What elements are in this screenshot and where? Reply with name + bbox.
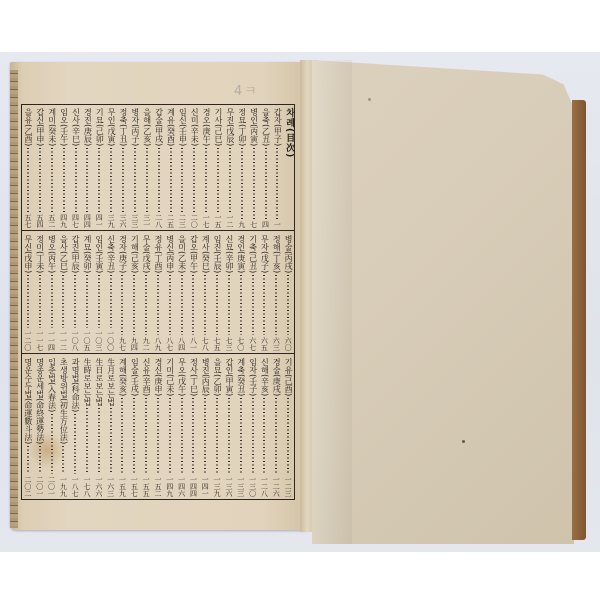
- toc-dot-leader: [75, 148, 77, 212]
- toc-entry: 갑인(甲寅)一三六: [223, 355, 235, 499]
- toc-dot-leader: [86, 148, 88, 212]
- toc-entry-page: 九二: [142, 337, 150, 353]
- toc-entry: 을유(乙酉)五七: [22, 105, 34, 230]
- toc-entry: 임오(壬午)四九: [58, 105, 70, 230]
- toc-dot-leader: [62, 275, 64, 328]
- toc-entry-page: 二三: [178, 214, 186, 230]
- toc-entry: 경신(庚申)一五二: [152, 355, 164, 499]
- toc-entry: 임술(壬戌)一五七: [128, 355, 140, 499]
- toc-entry-page: 九四: [130, 337, 138, 353]
- toc-dot-leader: [252, 275, 254, 335]
- toc-entry-page: 八九: [154, 337, 162, 353]
- toc-entry-label: 을축(乙丑): [261, 108, 271, 146]
- toc-entry-page: 一七: [202, 214, 210, 230]
- toc-entry-label: 초생방위법(初生方位法): [58, 358, 68, 444]
- toc-entry-label: 生日로보는법: [94, 358, 104, 406]
- toc-entry: 기묘(己卯)四一: [93, 105, 105, 230]
- toc-dot-leader: [98, 275, 100, 328]
- toc-entry: 정해(丁亥)六三: [270, 232, 282, 353]
- toc-section-3: 기유(己酉)一二三경술(庚戌)一二六신해(辛亥)一二八임자(壬子)一三〇계축(癸…: [22, 355, 294, 499]
- toc-entry-page: 一七八: [83, 476, 91, 499]
- toc-entry: 명운수두법(命運數斗法)二〇二: [22, 355, 34, 499]
- toc-entry-page: 五七: [24, 214, 32, 230]
- toc-entry: 신축(辛丑)一〇〇: [105, 232, 117, 353]
- toc-entry-page: 四一: [95, 214, 103, 230]
- toc-entry-label: 生時로보는법: [82, 358, 92, 406]
- toc-dot-leader: [169, 398, 171, 474]
- toc-dot-leader: [240, 398, 242, 474]
- toc-entry-page: 三九: [107, 214, 115, 230]
- toc-entry-page: 一六三: [107, 476, 115, 499]
- toc-entry-page: 六〇: [284, 337, 292, 353]
- toc-entry-page: 七〇: [237, 337, 245, 353]
- toc-dot-leader: [192, 398, 194, 474]
- toc-entry-label: 신사(辛巳): [71, 108, 81, 146]
- toc-dot-leader: [39, 148, 41, 212]
- toc-entry-page: 二五: [167, 214, 175, 230]
- toc-entry: 경술(庚戌)一二六: [270, 355, 282, 499]
- toc-dot-leader: [181, 398, 183, 474]
- toc-entry-label: 무술(戊戌): [141, 235, 151, 273]
- toc-dot-leader: [27, 275, 29, 328]
- toc-entry: 정유(丁酉)八九: [152, 232, 164, 353]
- toc-dot-leader: [228, 398, 230, 474]
- toc-entry: 경오(庚午)一七: [200, 105, 212, 230]
- toc-entry-label: 정미(丁未): [35, 235, 45, 273]
- toc-title-column: 차례(目次): [283, 105, 294, 230]
- toc-entry-page: 一五: [214, 214, 222, 230]
- toc-entry-label: 갑신(甲申): [35, 108, 45, 146]
- toc-dot-leader: [121, 275, 123, 335]
- paper-spot: [462, 440, 465, 443]
- toc-entry-page: 一五二: [154, 476, 162, 499]
- toc-entry-label: 병술(丙戌): [283, 235, 293, 273]
- toc-entry-label: 신유(辛酉): [141, 358, 151, 396]
- toc-entry: 계사(癸巳)七八: [199, 232, 211, 353]
- toc-entry-page: 七八: [201, 337, 209, 353]
- toc-entry: 신해(辛亥)一二八: [259, 355, 271, 499]
- toc-entry-label: 계축(癸丑): [236, 358, 246, 396]
- toc-entry-label: 갑술(甲戌): [154, 108, 164, 146]
- book-cover-edge: [572, 100, 586, 540]
- toc-dot-leader: [170, 148, 172, 212]
- toc-dot-leader: [133, 275, 135, 335]
- toc-entry-page: 一一二: [59, 330, 67, 353]
- toc-entry-page: 二〇二: [24, 476, 32, 499]
- toc-entry-label: 병인(丙寅): [249, 108, 259, 146]
- toc-entry-page: 八一: [189, 337, 197, 353]
- toc-dot-leader: [86, 275, 88, 328]
- toc-dot-leader: [275, 275, 277, 335]
- toc-dot-leader: [216, 398, 218, 474]
- toc-entry: 신사(辛巳)四七: [70, 105, 82, 230]
- toc-entry-page: 二八: [155, 214, 163, 230]
- toc-entry-label: 임자(壬子): [248, 358, 258, 396]
- toc-entry-page: 一二: [226, 214, 234, 230]
- toc-entry-label: 정축(丁丑): [118, 108, 128, 146]
- toc-entry-label: 입춘법(入春法): [47, 358, 57, 412]
- toc-entry: 갑술(甲戌)二八: [153, 105, 165, 230]
- toc-entry-page: 三一: [143, 214, 151, 230]
- toc-dot-leader: [27, 148, 29, 212]
- toc-section-1: 차례(目次) 갑자(甲子)一을축(乙丑)四병인(丙寅)七정묘(丁卯)九무진(戊辰…: [22, 105, 294, 231]
- toc-entry-page: 一一四: [48, 330, 56, 353]
- toc-entry: 무자(戊子)六五: [259, 232, 271, 353]
- toc-entry-label: 신해(辛亥): [259, 358, 269, 396]
- toc-entry: 무술(戊戌)九二: [140, 232, 152, 353]
- toc-entry: 갑진(甲辰)一〇八: [69, 232, 81, 353]
- toc-entry: 生日로보는법一六六: [93, 355, 105, 499]
- toc-dot-leader: [158, 148, 160, 212]
- toc-dot-leader: [134, 148, 136, 212]
- toc-dot-leader: [98, 148, 100, 212]
- toc-dot-leader: [181, 275, 183, 335]
- toc-entry-page: 一四六: [178, 476, 186, 499]
- toc-entry: 기축(己丑)六七: [247, 232, 259, 353]
- toc-dot-leader: [228, 275, 230, 335]
- toc-dot-leader: [169, 275, 171, 335]
- toc-entry-page: 一九九: [59, 476, 67, 499]
- toc-dot-leader: [181, 148, 183, 212]
- toc-entry: 병진(丙辰)一四一: [199, 355, 211, 499]
- toc-dot-leader: [192, 275, 194, 335]
- toc-entry: 병술(丙戌)六〇: [282, 232, 294, 353]
- toc-entry-label: 신묘(辛卯): [224, 235, 234, 273]
- open-book: 4ㅋ 차례(目次) 갑자(甲子)一을축(乙丑)四병인(丙寅)七정묘(丁卯)九무진…: [0, 0, 600, 600]
- toc-entry: 경인(庚寅)七〇: [235, 232, 247, 353]
- toc-entry: 병자(丙子)三三: [129, 105, 141, 230]
- toc-entry-page: 一四一: [201, 476, 209, 499]
- toc-entry: 무신(戊申)一二〇: [22, 232, 34, 353]
- toc-entry: 임신(壬申)二三: [176, 105, 188, 230]
- toc-dot-leader: [63, 148, 65, 212]
- toc-entry-label: 을해(乙亥): [142, 108, 152, 146]
- toc-entry-label: 을유(乙酉): [23, 108, 33, 146]
- toc-entry-page: 八四: [178, 337, 186, 353]
- toc-entry-page: 五二: [48, 214, 56, 230]
- toc-entry-label: 임인(壬寅): [94, 235, 104, 273]
- toc-dot-leader: [62, 446, 64, 474]
- toc-entry: 신유(辛酉)一五五: [140, 355, 152, 499]
- toc-entry-label: 명종운세법(命終運勢法): [35, 358, 45, 444]
- toc-entry-page: 七五: [213, 337, 221, 353]
- pencil-mark: 4ㅋ: [234, 80, 259, 99]
- toc-entry-page: 一一七: [36, 330, 44, 353]
- toc-dot-leader: [122, 148, 124, 212]
- toc-entry-label: 경오(庚午): [201, 108, 211, 146]
- toc-dot-leader: [121, 398, 123, 474]
- toc-entry-label: 임진(壬辰): [212, 235, 222, 273]
- toc-entry: 갑오(甲午)八一: [188, 232, 200, 353]
- toc-entry: 경진(庚辰)四四: [81, 105, 93, 230]
- toc-entry-label: 경자(庚子): [117, 235, 127, 273]
- toc-entry-page: 四九: [60, 214, 68, 230]
- toc-entry: 을사(乙巳)一一二: [57, 232, 69, 353]
- toc-dot-leader: [204, 398, 206, 474]
- toc-entry-label: 무진(戊辰): [225, 108, 235, 146]
- toc-dot-leader: [253, 148, 255, 219]
- toc-dot-leader: [275, 398, 277, 474]
- toc-dot-leader: [157, 275, 159, 335]
- toc-entry-page: 一三九: [213, 476, 221, 499]
- toc-entry: 기미(己未)一四九: [164, 355, 176, 499]
- toc-dot-leader: [110, 148, 112, 212]
- toc-entry-label: 生月로보는법: [106, 358, 116, 406]
- toc-entry-page: 六五: [260, 337, 268, 353]
- toc-entry: 生時로보는법一七八: [81, 355, 93, 499]
- toc-entry-page: 一二六: [272, 476, 280, 499]
- toc-dot-leader: [110, 275, 112, 328]
- toc-entry-label: 기묘(己卯): [94, 108, 104, 146]
- toc-entry-label: 계유(癸酉): [166, 108, 176, 146]
- toc-section-2: 병술(丙戌)六〇정해(丁亥)六三무자(戊子)六五기축(己丑)六七경인(庚寅)七〇…: [22, 232, 294, 354]
- toc-dot-leader: [39, 275, 41, 328]
- toc-entry: 을미(乙未)八四: [176, 232, 188, 353]
- toc-dot-leader: [86, 408, 88, 474]
- toc-dot-leader: [133, 398, 135, 474]
- toc-entry: 경자(庚子)九七: [117, 232, 129, 353]
- toc-entry-page: 一六六: [95, 476, 103, 499]
- toc-entry-label: 을묘(乙卯): [212, 358, 222, 396]
- toc-entry-page: 一四九: [166, 476, 174, 499]
- toc-entry-label: 임신(壬申): [177, 108, 187, 146]
- toc-entry-label: 무인(戊寅): [106, 108, 116, 146]
- toc-entry-page: 一〇〇: [107, 330, 115, 353]
- toc-dot-leader: [27, 446, 29, 474]
- toc-entry: 을묘(乙卯)一三九: [211, 355, 223, 499]
- toc-entry: 갑신(甲申)五四: [34, 105, 46, 230]
- toc-entry: 을해(乙亥)三一: [141, 105, 153, 230]
- toc-dot-leader: [240, 275, 242, 335]
- toc-entry-page: 一三〇: [249, 476, 257, 499]
- toc-entry: 기해(己亥)九四: [128, 232, 140, 353]
- toc-entry-page: 一五九: [118, 476, 126, 499]
- toc-entry: 명종운세법(命終運勢法)二〇一: [34, 355, 46, 499]
- toc-entry-label: 병오(丙午): [47, 235, 57, 273]
- toc-entry-label: 기유(己酉): [283, 358, 293, 396]
- toc-entry: 정사(丁巳)一四四: [188, 355, 200, 499]
- toc-dot-leader: [98, 408, 100, 474]
- toc-entry-page: 七三: [225, 337, 233, 353]
- toc-dot-leader: [157, 398, 159, 474]
- toc-entry: 계묘(癸卯)一〇五: [81, 232, 93, 353]
- toc-entry-page: 一四四: [189, 476, 197, 499]
- toc-entry-label: 정유(丁酉): [153, 235, 163, 273]
- toc-entry: 무오(戊午)一四六: [176, 355, 188, 499]
- toc-dot-leader: [205, 148, 207, 212]
- toc-entry-page: 八七: [166, 337, 174, 353]
- toc-entry: 계해(癸亥)一五九: [117, 355, 129, 499]
- toc-entry-page: 四四: [83, 214, 91, 230]
- toc-dot-leader: [110, 408, 112, 474]
- toc-dot-leader: [204, 275, 206, 335]
- toc-entry-page: 一〇三: [95, 330, 103, 353]
- toc-entry-label: 무오(戊午): [177, 358, 187, 396]
- toc-entry-label: 정사(丁巳): [188, 358, 198, 396]
- toc-entry-page: 三三: [131, 214, 139, 230]
- toc-entry-label: 임오(壬午): [59, 108, 69, 146]
- toc-dot-leader: [39, 446, 41, 474]
- toc-entry: 生月로보는법一六三: [105, 355, 117, 499]
- toc-entry-label: 정해(丁亥): [271, 235, 281, 273]
- paper-spot: [368, 98, 371, 101]
- toc-entry-label: 기미(己未): [165, 358, 175, 396]
- toc-entry-label: 을미(乙未): [177, 235, 187, 273]
- toc-entry-page: 二〇: [190, 214, 198, 230]
- toc-entry-page: 二〇一: [48, 476, 56, 499]
- toc-entry-label: 경신(庚申): [153, 358, 163, 396]
- toc-dot-leader: [145, 398, 147, 474]
- toc-entry-label: 경인(庚寅): [236, 235, 246, 273]
- toc-entry-label: 병신(丙申): [165, 235, 175, 273]
- toc-entry-label: 기사(己巳): [213, 108, 223, 146]
- toc-entry-label: 경진(庚辰): [82, 108, 92, 146]
- toc-entry-label: 경술(庚戌): [271, 358, 281, 396]
- toc-entry-page: 一〇八: [71, 330, 79, 353]
- toc-entry: 정미(丁未)一一七: [34, 232, 46, 353]
- toc-entry: 병신(丙申)八七: [164, 232, 176, 353]
- toc-entry-label: 갑오(甲午): [188, 235, 198, 273]
- toc-entry-label: 갑인(甲寅): [224, 358, 234, 396]
- toc-entry-label: 계사(癸巳): [200, 235, 210, 273]
- toc-entry-page: 九: [238, 221, 246, 230]
- toc-entry-page: 二〇一: [36, 476, 44, 499]
- toc-entry: 임인(壬寅)一〇三: [93, 232, 105, 353]
- toc-dot-leader: [217, 148, 219, 212]
- toc-entry-label: 갑진(甲辰): [70, 235, 80, 273]
- toc-entry: 병오(丙午)一一四: [46, 232, 58, 353]
- toc-entry-page: 六七: [249, 337, 257, 353]
- toc-dot-leader: [146, 148, 148, 212]
- right-page-fold: [312, 60, 352, 544]
- toc-dot-leader: [265, 148, 267, 219]
- toc-dot-leader: [145, 275, 147, 335]
- toc-entry-label: 기해(己亥): [129, 235, 139, 273]
- toc-entry: 정묘(丁卯)九: [236, 105, 248, 230]
- toc-entry: 초생방위법(初生方位法)一九九: [57, 355, 69, 499]
- toc-entry-page: 四七: [72, 214, 80, 230]
- toc-entry-label: 계해(癸亥): [117, 358, 127, 396]
- toc-entry: 입춘법(入春法)二〇一: [46, 355, 58, 499]
- toc-entry-page: 六三: [272, 337, 280, 353]
- toc-dot-leader: [287, 275, 289, 335]
- toc-entry-label: 정묘(丁卯): [237, 108, 247, 146]
- table-of-contents: 차례(目次) 갑자(甲子)一을축(乙丑)四병인(丙寅)七정묘(丁卯)九무진(戊辰…: [21, 104, 295, 500]
- toc-entry: 무진(戊辰)一二: [224, 105, 236, 230]
- toc-entry-page: 一三六: [225, 476, 233, 499]
- toc-entry: 기사(己巳)一五: [212, 105, 224, 230]
- toc-entry: 임자(壬子)一三〇: [247, 355, 259, 499]
- toc-entry-page: 五四: [36, 214, 44, 230]
- toc-entry-label: 신미(辛未): [189, 108, 199, 146]
- toc-entry-label: 기축(己丑): [248, 235, 258, 273]
- toc-entry-label: 신축(辛丑): [106, 235, 116, 273]
- toc-entry: 과명법(科命法)一八七: [69, 355, 81, 499]
- toc-entry: 기유(己酉)一二三: [282, 355, 294, 499]
- toc-entry: 병인(丙寅)七: [248, 105, 260, 230]
- toc-entry: 무인(戊寅)三九: [105, 105, 117, 230]
- toc-entry-label: 갑자(甲子): [272, 108, 282, 146]
- toc-entry-label: 무신(戊申): [23, 235, 33, 273]
- toc-dot-leader: [74, 414, 76, 474]
- toc-entry-page: 三六: [119, 214, 127, 230]
- toc-entry: 임진(壬辰)七五: [211, 232, 223, 353]
- toc-dot-leader: [193, 148, 195, 212]
- toc-dot-leader: [74, 275, 76, 328]
- toc-dot-leader: [241, 148, 243, 219]
- toc-entry: 을축(乙丑)四: [260, 105, 272, 230]
- toc-entry-label: 임술(壬戌): [129, 358, 139, 396]
- toc-entry: 계축(癸丑)一三三: [235, 355, 247, 499]
- toc-entry: 신미(辛未)二〇: [188, 105, 200, 230]
- toc-entry-label: 계미(癸未): [47, 108, 57, 146]
- toc-entry-page: 四: [262, 221, 270, 230]
- toc-entry: 계유(癸酉)二五: [165, 105, 177, 230]
- toc-entry-label: 과명법(科命法): [70, 358, 80, 412]
- toc-dot-leader: [216, 275, 218, 335]
- toc-entry-page: 一二〇: [24, 330, 32, 353]
- toc-entry: 신묘(辛卯)七三: [223, 232, 235, 353]
- toc-entry: 계미(癸未)五二: [46, 105, 58, 230]
- toc-entry: 갑자(甲子)一: [271, 105, 283, 230]
- toc-entry-label: 병진(丙辰): [200, 358, 210, 396]
- toc-entry-page: 一三三: [237, 476, 245, 499]
- toc-dot-leader: [252, 398, 254, 474]
- toc-dot-leader: [51, 275, 53, 328]
- toc-title: 차례(目次): [283, 108, 294, 158]
- toc-entry-page: 九七: [118, 337, 126, 353]
- toc-dot-leader: [276, 148, 278, 219]
- toc-entry-label: 명운수두법(命運數斗法): [23, 358, 33, 444]
- toc-dot-leader: [229, 148, 231, 212]
- toc-entry-page: 七: [250, 221, 258, 230]
- toc-entry-page: 一二八: [260, 476, 268, 499]
- toc-entry-page: 一五五: [142, 476, 150, 499]
- toc-entry-page: 一二三: [284, 476, 292, 499]
- toc-dot-leader: [51, 148, 53, 212]
- toc-entry: 정축(丁丑)三六: [117, 105, 129, 230]
- toc-dot-leader: [263, 275, 265, 335]
- toc-entry-label: 계묘(癸卯): [82, 235, 92, 273]
- toc-dot-leader: [263, 398, 265, 474]
- toc-entry-label: 병자(丙子): [130, 108, 140, 146]
- toc-entry-label: 무자(戊子): [259, 235, 269, 273]
- toc-entry-label: 을사(乙巳): [58, 235, 68, 273]
- toc-dot-leader: [51, 414, 53, 474]
- toc-entry-page: 一: [273, 221, 281, 230]
- toc-entry-page: 一〇五: [83, 330, 91, 353]
- left-page-edge: [10, 70, 18, 528]
- toc-entry-page: 一五七: [130, 476, 138, 499]
- toc-entry-page: 一八七: [71, 476, 79, 499]
- toc-dot-leader: [287, 398, 289, 474]
